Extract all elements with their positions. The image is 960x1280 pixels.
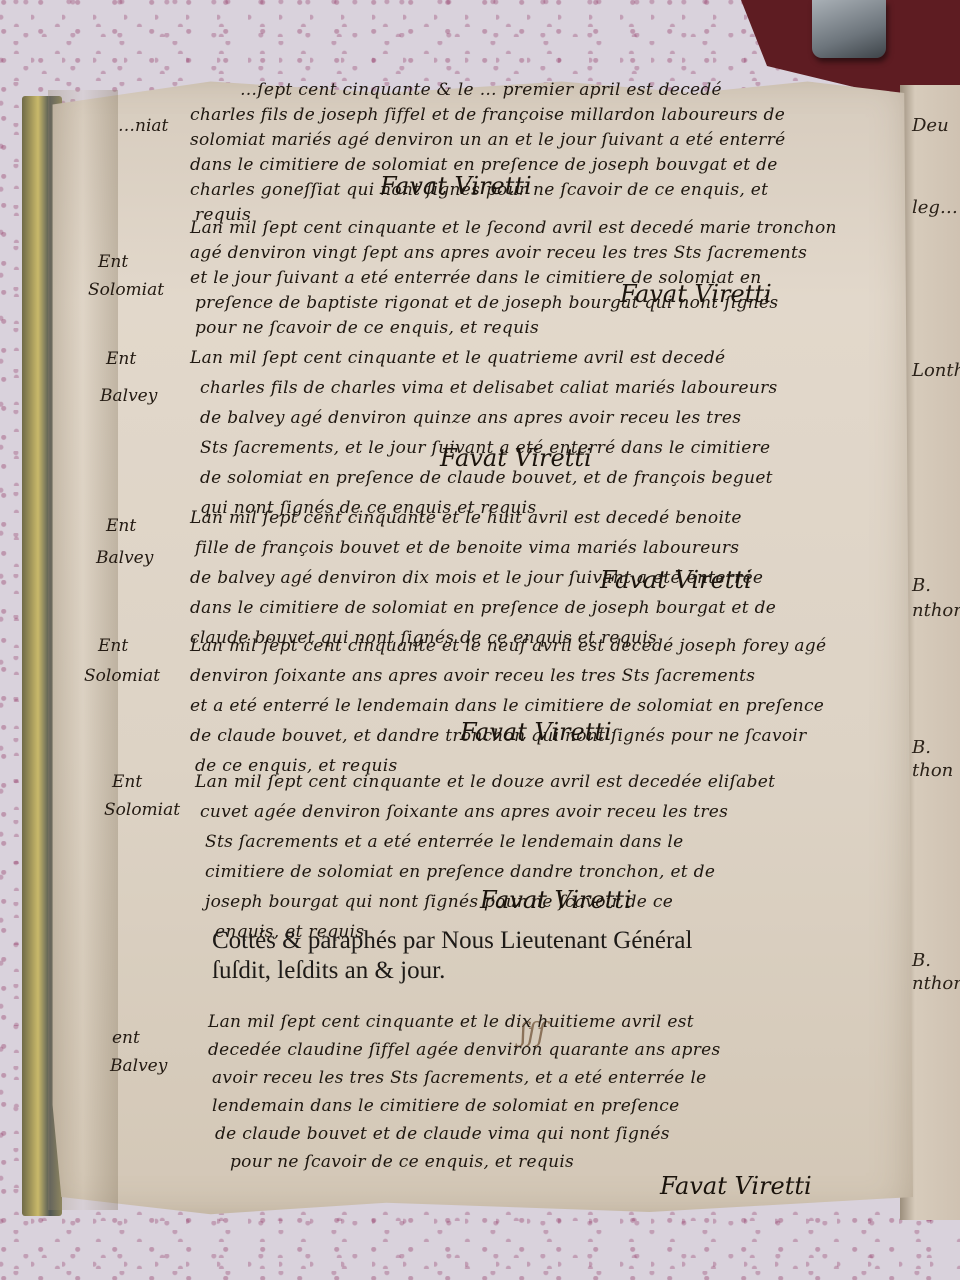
entry-line: lendemain dans le cimitiere de solomiat …: [212, 1096, 679, 1116]
priest-signature: Favat Viretti: [380, 172, 532, 200]
facing-fragment: Deu: [912, 115, 949, 136]
facing-fragment: nthon: [912, 973, 960, 994]
margin-note: Solomiat: [88, 276, 164, 304]
priest-signature: Favat Viretti: [480, 886, 632, 914]
entry-line: et a eté enterré le lendemain dans le ci…: [190, 696, 824, 716]
entry-line: charles fils de joseph ſiffel et de fran…: [190, 105, 785, 125]
entry-line: fille de françois bouvet et de benoite v…: [195, 538, 739, 558]
entry-line: Lan mil ſept cent cinquante et le ſecond…: [190, 218, 837, 238]
facing-fragment: B.: [912, 575, 931, 596]
priest-signature: Favat Viretti: [460, 718, 612, 746]
entry-line: Lan mil ſept cent cinquante et le neuf a…: [190, 636, 826, 656]
facing-fragment: nthon: [912, 600, 960, 621]
margin-note: Ent: [106, 512, 136, 540]
stamp-line: ſuſdit, leſdits an & jour.: [212, 956, 692, 986]
facing-fragment: B.: [912, 950, 931, 971]
entry-line: cimitiere de solomiat en preſence dandre…: [205, 862, 715, 882]
margin-note: Solomiat: [104, 796, 180, 824]
entry-line: Lan mil ſept cent cinquante et le dix hu…: [208, 1012, 694, 1032]
entry-line: avoir receu les tres Sts ſacrements, et …: [212, 1068, 707, 1088]
margin-note: Balvey: [100, 382, 157, 410]
entry-line: dans le cimitiere de solomiat en preſenc…: [190, 598, 776, 618]
margin-note: Ent: [112, 768, 142, 796]
stamp-line: Cottés & paraphés par Nous Lieutenant Gé…: [212, 926, 692, 956]
printed-certification-stamp: Cottés & paraphés par Nous Lieutenant Gé…: [212, 926, 692, 986]
margin-note: Ent: [98, 632, 128, 660]
facing-fragment: B.: [912, 737, 931, 758]
entry-line: agé denviron vingt ſept ans apres avoir …: [190, 243, 807, 263]
priest-signature: Favat Viretti: [620, 280, 772, 308]
margin-note: Ent: [106, 345, 136, 373]
entry-line: de balvey agé denviron quinze ans apres …: [200, 408, 741, 428]
margin-note: Balvey: [96, 544, 153, 572]
entry-line: decedée claudine ſiffel agée denviron qu…: [208, 1040, 721, 1060]
entry-line: denviron ſoixante ans apres avoir receu …: [190, 666, 755, 686]
entry-line: charles fils de charles vima et delisabe…: [200, 378, 778, 398]
margin-note: Ent: [98, 248, 128, 276]
margin-note: Balvey: [110, 1052, 167, 1080]
metal-weight: [812, 0, 886, 58]
entry-line: pour ne ſcavoir de ce enquis, et requis: [230, 1152, 574, 1172]
margin-note: ent: [112, 1024, 140, 1052]
facing-fragment: leg…: [912, 197, 958, 218]
entry-line: cuvet agée denviron ſoixante ans apres a…: [200, 802, 728, 822]
priest-signature: Favat Viretti: [660, 1172, 812, 1200]
entry-line: Lan mil ſept cent cinquante et le huit a…: [190, 508, 742, 528]
priest-signature: Favat Viretti: [440, 444, 592, 472]
facing-fragment: Lontho…: [912, 360, 960, 381]
entry-line: Sts ſacrements et a eté enterrée le lend…: [205, 832, 684, 852]
entry-line: solomiat mariés agé denviron un an et le…: [190, 130, 785, 150]
entry-line: de claude bouvet et de claude vima qui n…: [215, 1124, 670, 1144]
facing-fragment: thon: [912, 760, 953, 781]
priest-signature: Favat Viretti: [600, 566, 752, 594]
entry-line: Lan mil ſept cent cinquante et le douze …: [195, 772, 775, 792]
entry-line: pour ne ſcavoir de ce enquis, et requis: [195, 318, 539, 338]
entry-line: …ſept cent cinquante & le … premier apri…: [240, 80, 722, 100]
margin-note: …niat: [118, 112, 168, 140]
margin-note: Solomiat: [84, 662, 160, 690]
entry-line: Lan mil ſept cent cinquante et le quatri…: [190, 348, 725, 368]
